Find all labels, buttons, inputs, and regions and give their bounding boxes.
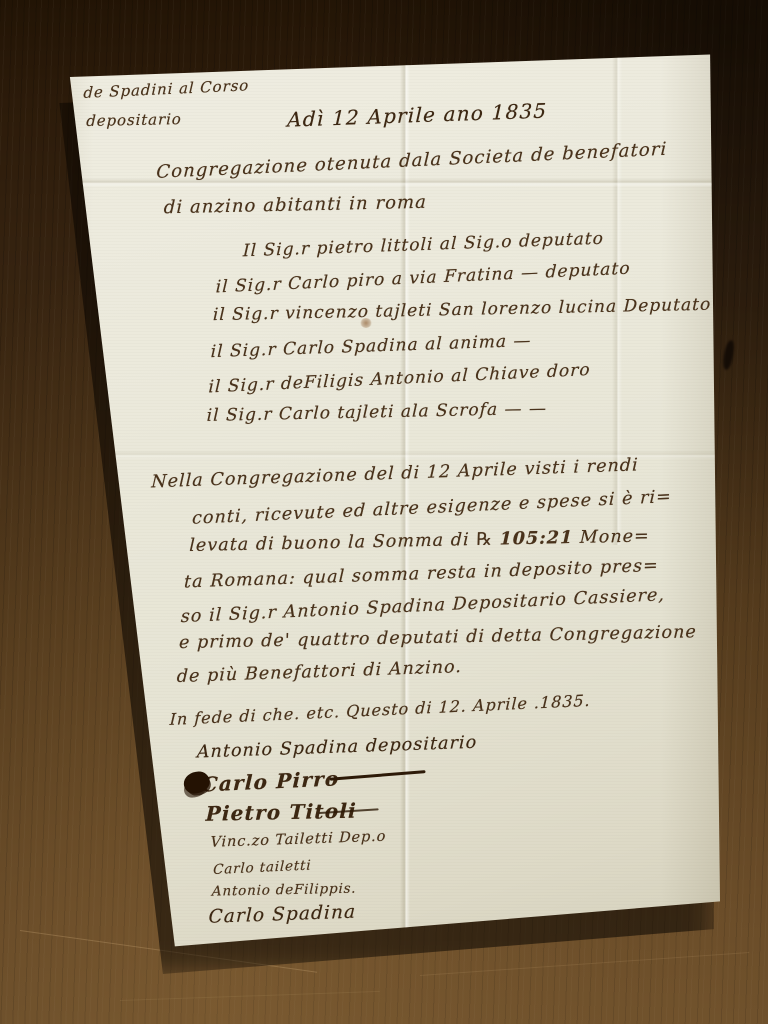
sum-tail: Mone= <box>580 526 651 547</box>
signature: Antonio deFilippis. <box>212 881 357 900</box>
opening-line1: Congregazione otenuta dala Societa de be… <box>156 139 668 183</box>
body-line-sum: levata di buono la Somma di ℞ 105:21 Mon… <box>189 526 650 556</box>
body-line: Nella Congregazione del di 12 Aprile vis… <box>151 455 639 492</box>
deputy-line: il Sig.r deFiligis Antonio al Chiave dor… <box>208 360 591 397</box>
deputy-line: il Sig.r vincenzo tajleti San lorenzo lu… <box>213 295 712 325</box>
date-heading: Adì 12 Aprile ano 1835 <box>287 99 548 132</box>
signature: Antonio Spadina depositario <box>197 733 478 763</box>
body-line: ta Romana: qual somma resta in deposito … <box>184 556 659 593</box>
deputy-line: il Sig.r Carlo Spadina al anima — <box>210 331 531 362</box>
body-line: conti, ricevute ed altre esigenze e spes… <box>192 487 673 529</box>
opening-line2: di anzino abitanti in roma <box>163 192 427 219</box>
deputy-line: il Sig.r Carlo piro a via Fratina — depu… <box>215 259 631 298</box>
sum-amount: 105:21 <box>499 528 573 550</box>
deputy-line: Il Sig.r pietro littoli al Sig.o deputat… <box>243 229 605 262</box>
corner-note-line1: de Spadini al Corso <box>83 76 250 102</box>
body-sum-pre: levata di buono la Somma di <box>189 530 477 556</box>
body-line: de più Benefattori di Anzino. <box>176 657 462 687</box>
pen-flourish-stroke <box>330 770 426 781</box>
scudi-symbol: ℞ <box>476 530 493 550</box>
body-line: so il Sig.r Antonio Spadina Depositario … <box>180 585 665 627</box>
signature: Vinc.zo Tailetti Dep.o <box>210 829 386 851</box>
attestation-line: In fede di che. etc. Questo di 12. April… <box>169 691 591 729</box>
signature: Carlo Pirro <box>201 766 340 796</box>
corner-note-line2: depositario <box>86 110 182 130</box>
manuscript-paper: de Spadini al Corso depositario Adì 12 A… <box>60 50 720 950</box>
body-line: e primo de' quattro deputati di detta Co… <box>179 622 697 653</box>
signature: Carlo Spadina <box>208 902 356 928</box>
deputy-line: il Sig.r Carlo tajleti ala Scrofa — — <box>206 399 547 426</box>
signature: Carlo tailetti <box>213 857 312 877</box>
